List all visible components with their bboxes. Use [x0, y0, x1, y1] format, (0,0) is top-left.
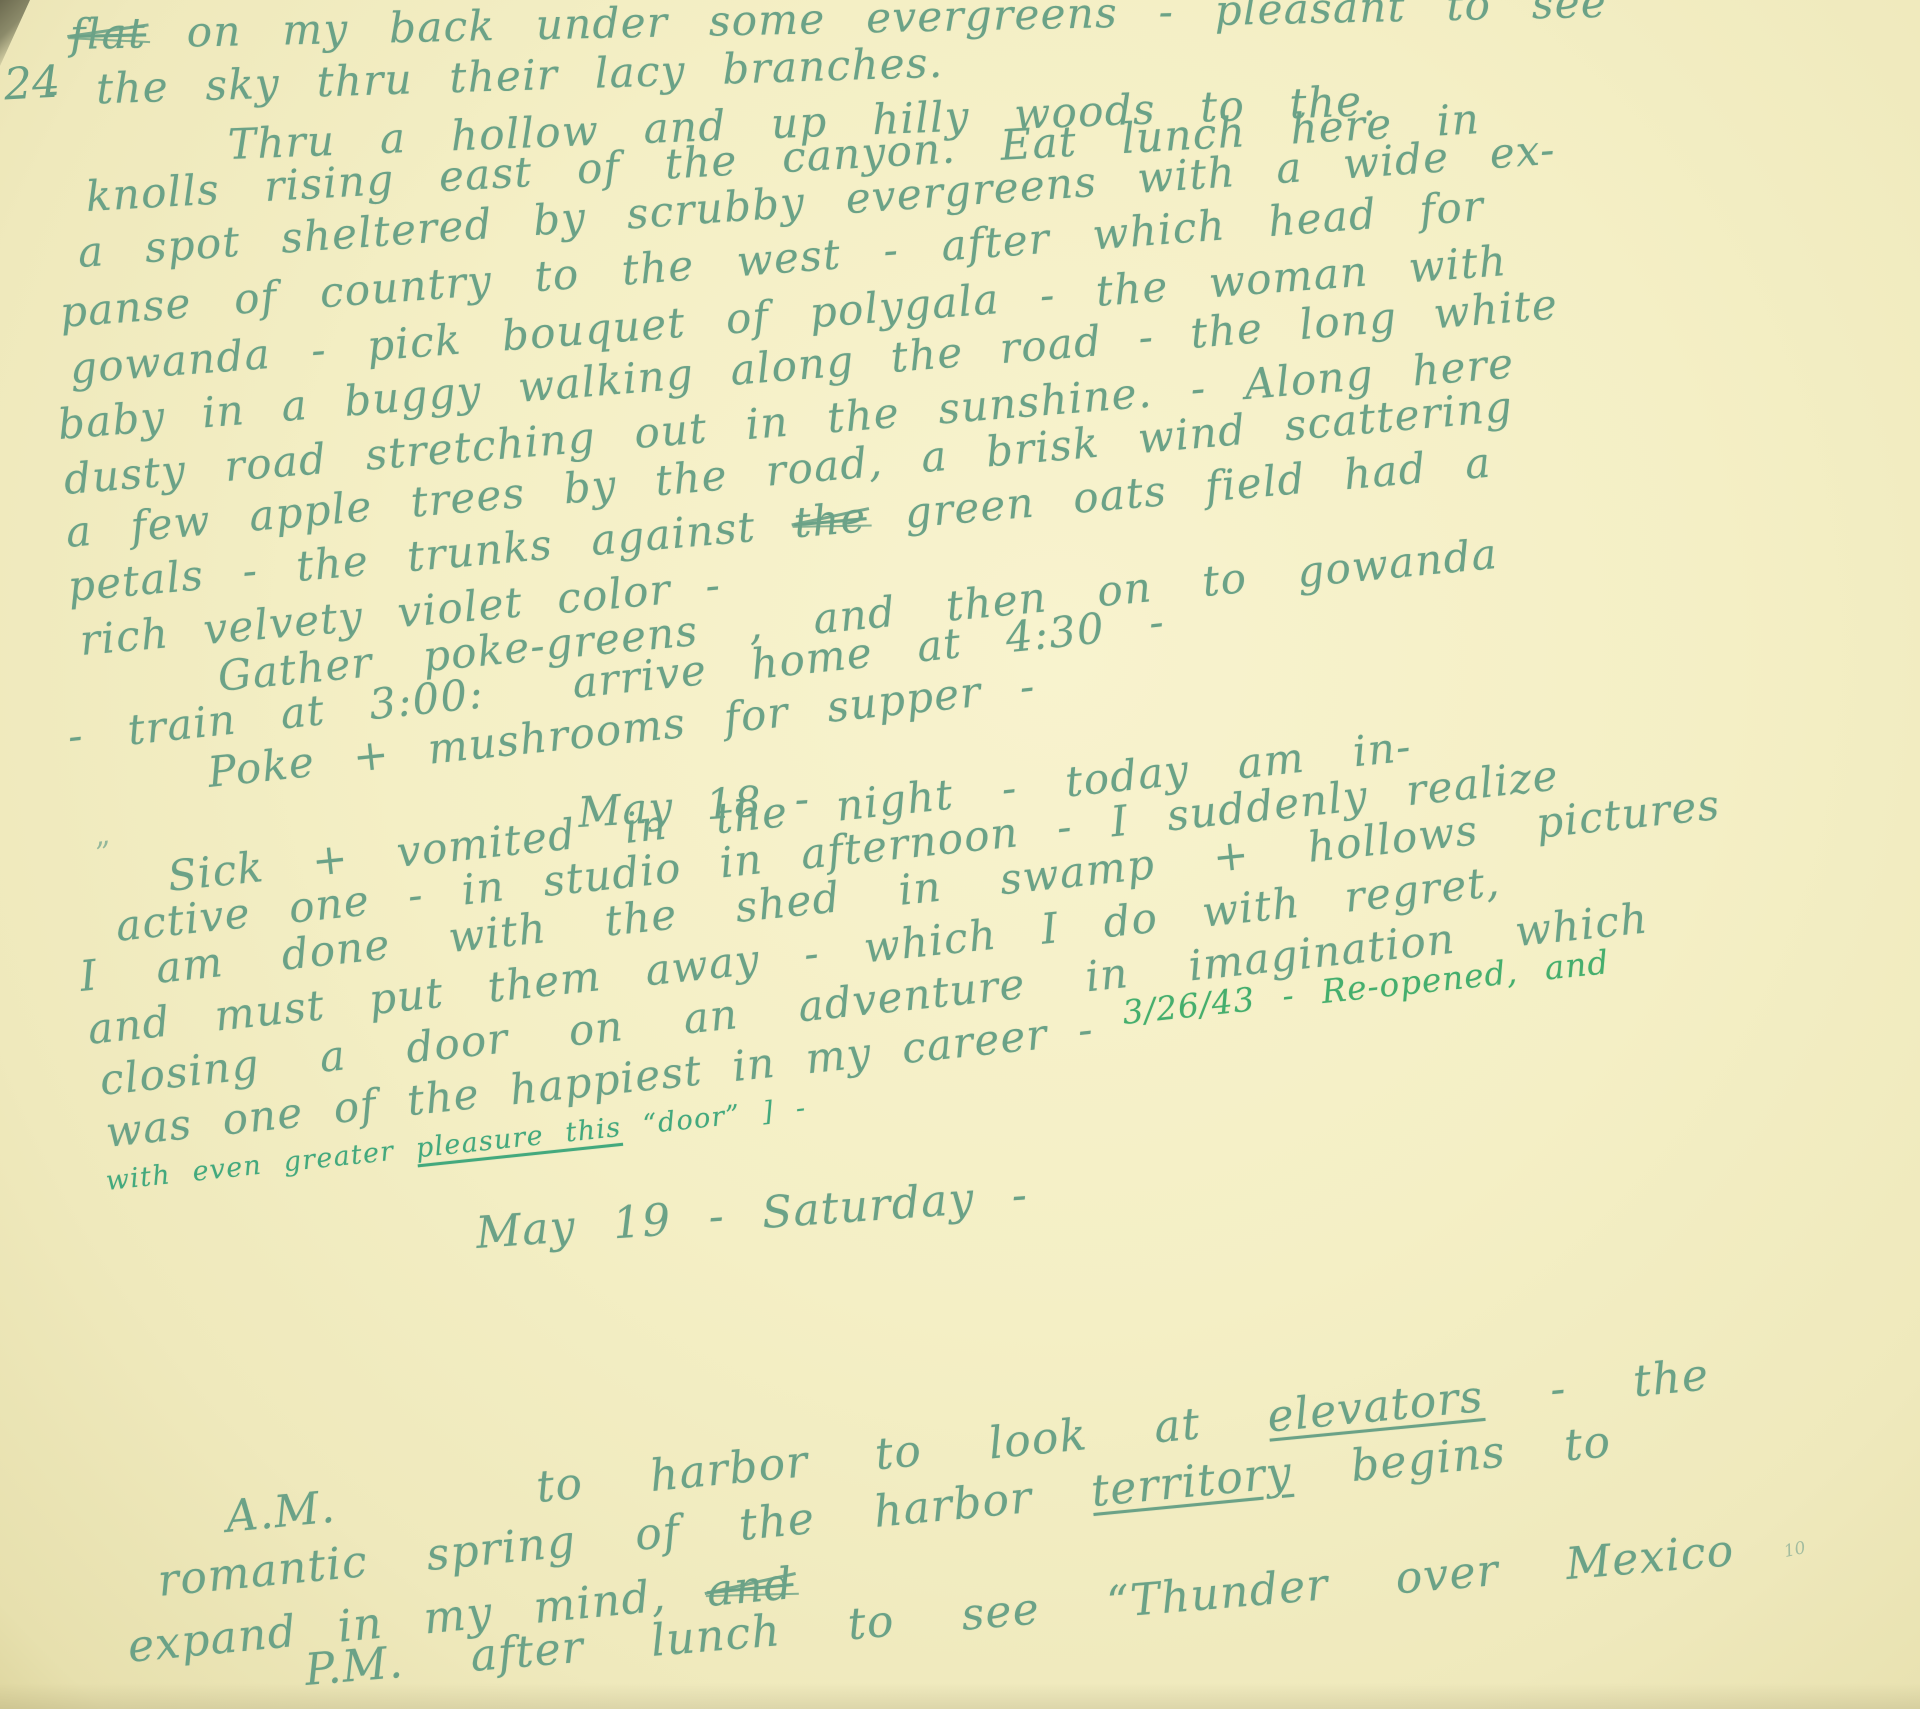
handwriting-text: - the [1481, 1349, 1712, 1421]
handwritten-line: May 19 - Saturday - [474, 1169, 1029, 1258]
handwriting-text: May 19 - Saturday - [474, 1169, 1029, 1258]
crossed-out-text: the [792, 492, 869, 547]
handwritten-text-block: flat on my back under some evergreens - … [0, 0, 1920, 1709]
page-edge-shade [0, 1683, 1920, 1709]
crossed-out-text: flat [69, 8, 146, 59]
handwriting-text: territory [1089, 1447, 1295, 1517]
journal-page: 24 ” 10 flat on my back under some everg… [0, 0, 1920, 1709]
